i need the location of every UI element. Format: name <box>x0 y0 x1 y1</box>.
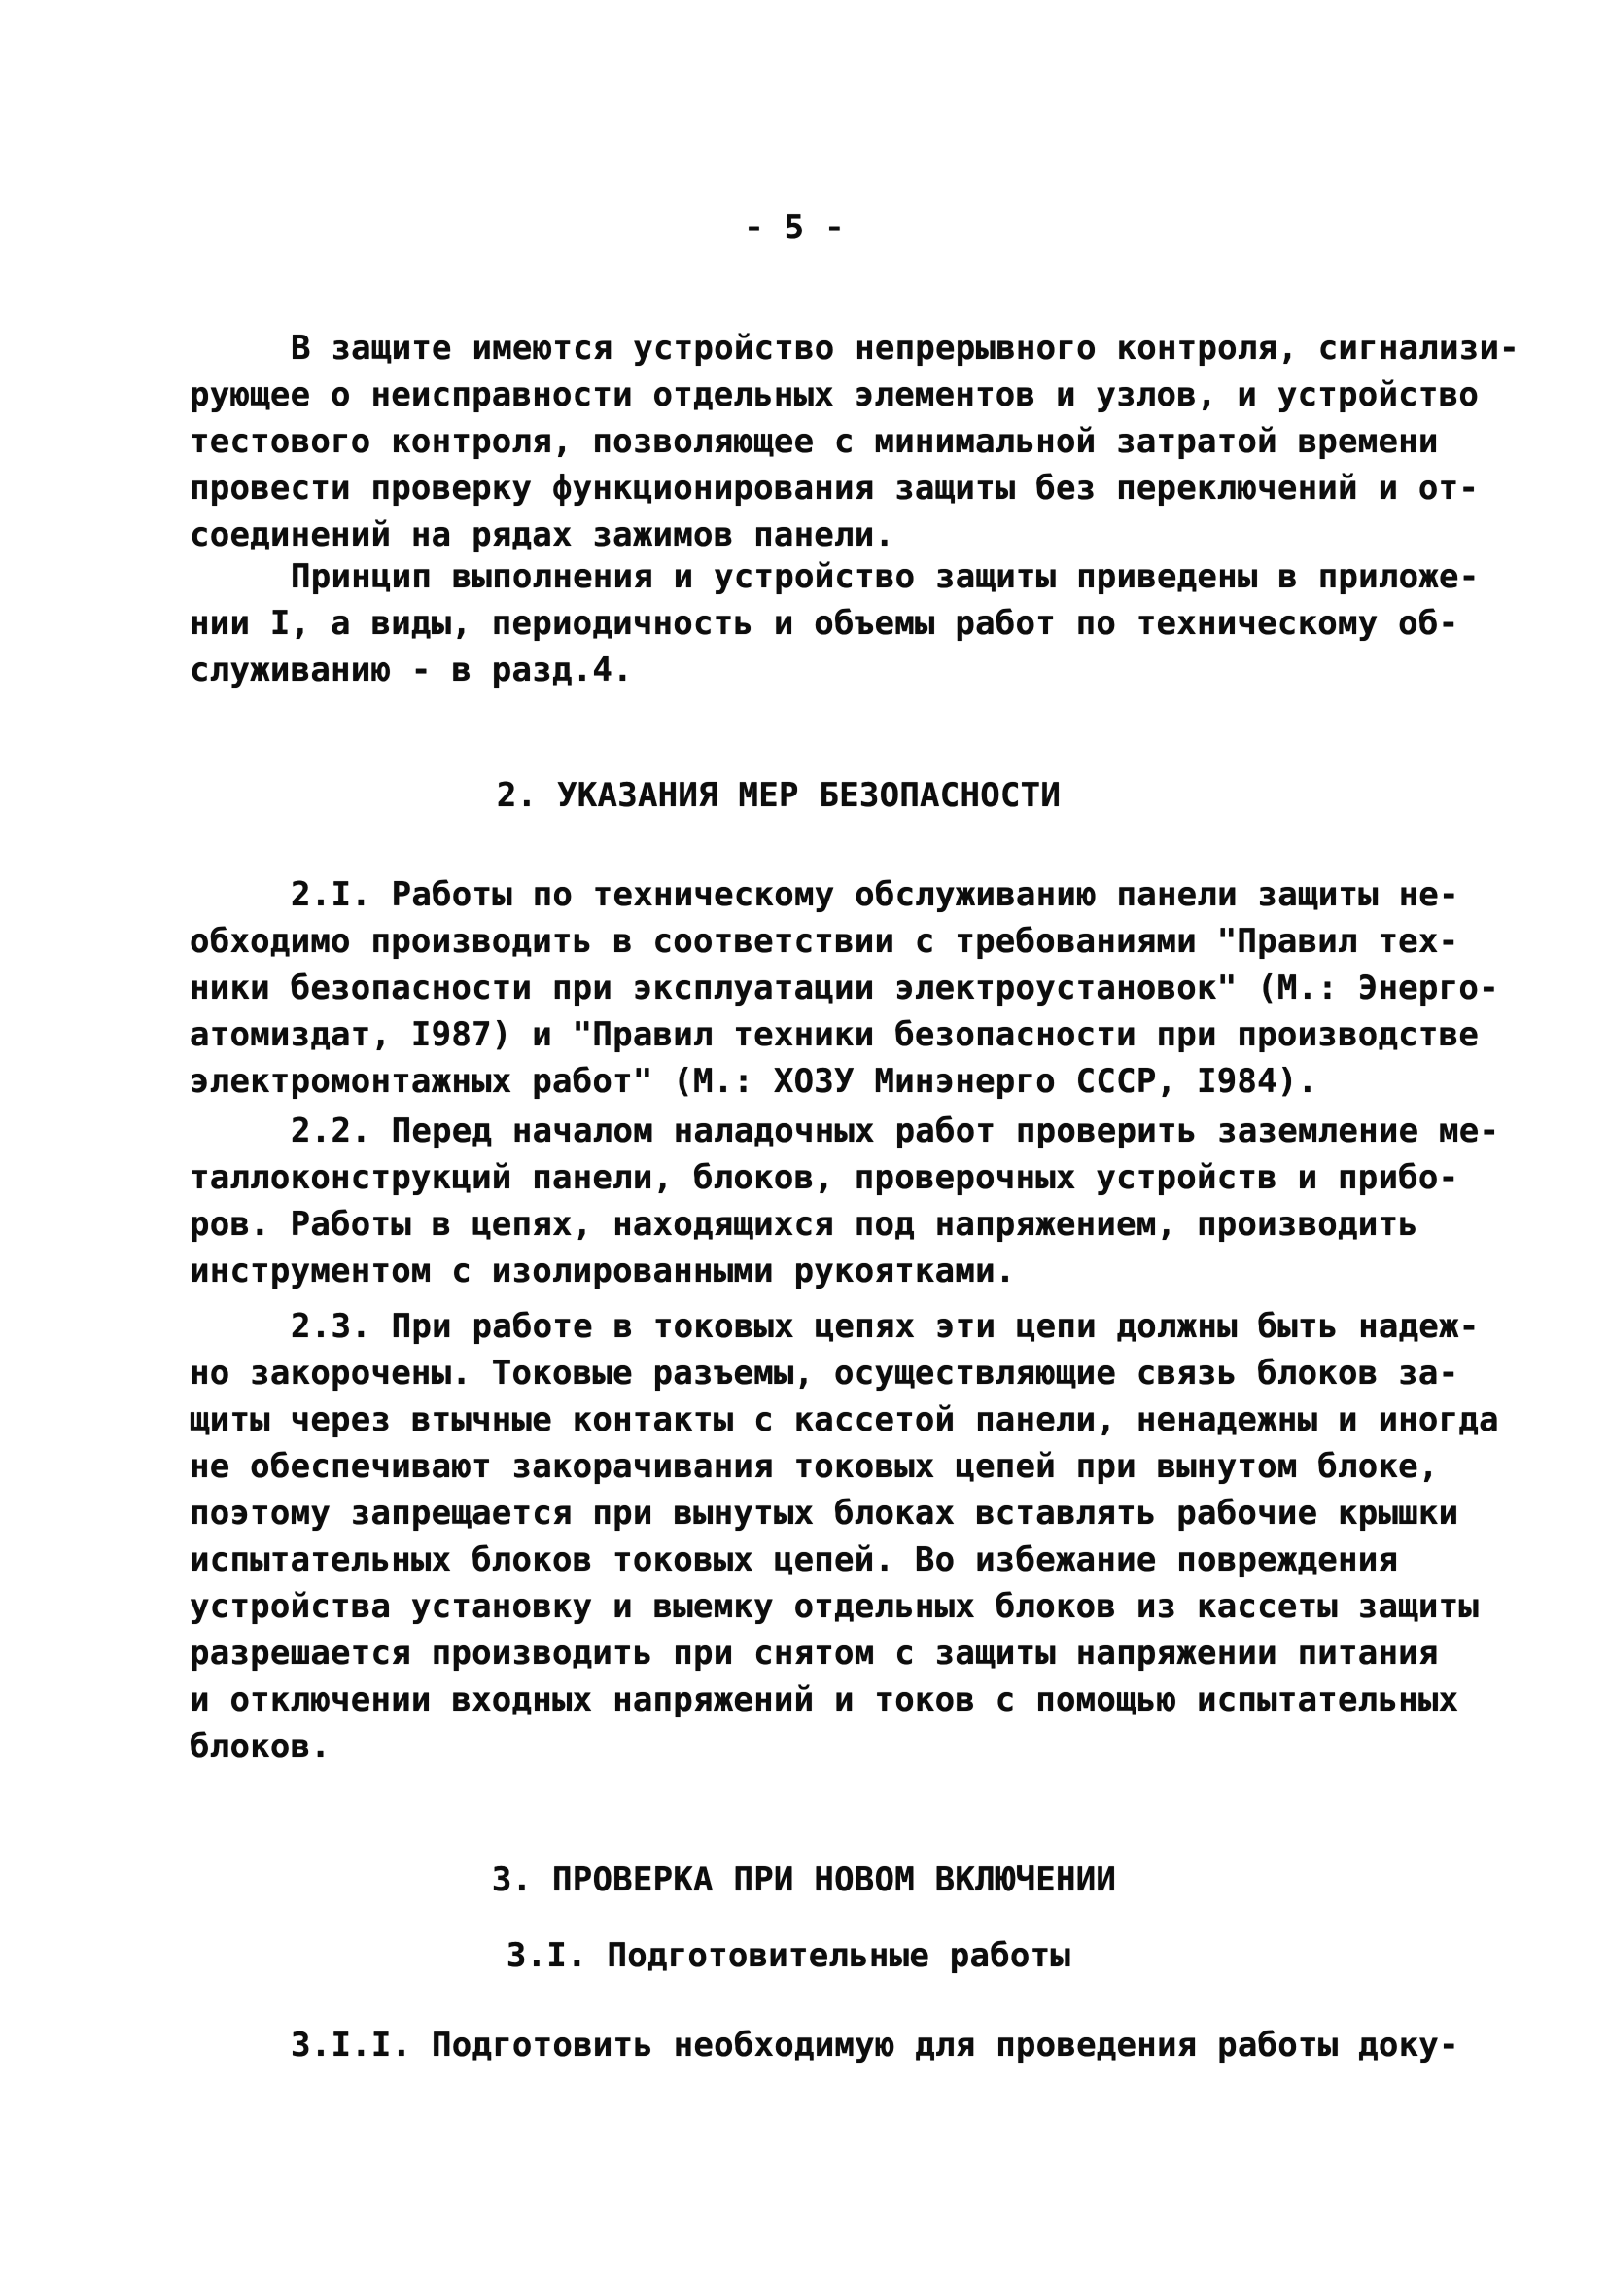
text-line: служиванию - в разд.4. <box>190 647 1517 693</box>
paragraph-2-3: 2.3. При работе в токовых цепях эти цепи… <box>190 1303 1517 1770</box>
text-line: нии I, а виды, периодичность и объемы ра… <box>190 600 1517 647</box>
text-line: атомиздат, I987) и "Правил техники безоп… <box>190 1011 1517 1058</box>
text-line: испытательных блоков токовых цепей. Во и… <box>190 1537 1517 1583</box>
text-line: не обеспечивают закорачивания токовых це… <box>190 1443 1517 1490</box>
text-line: щиты через втычные контакты с кассетой п… <box>190 1396 1517 1443</box>
text-line: ники безопасности при эксплуатации элект… <box>190 965 1517 1011</box>
text-line: провести проверку функционирования защит… <box>190 465 1517 512</box>
paragraph-2-2: 2.2. Перед началом наладочных работ пров… <box>190 1108 1517 1294</box>
text-line: тестового контроля, позволяющее с минима… <box>190 418 1517 465</box>
text-line: инструментом с изолированными рукоятками… <box>190 1248 1517 1294</box>
text-line: устройства установку и выемку отдельных … <box>190 1583 1517 1630</box>
document-page: - 5 - В защите имеются устройство непрер… <box>0 0 1608 2296</box>
paragraph-2-1: 2.I. Работы по техническому обслуживанию… <box>190 871 1517 1105</box>
text-line: 2.2. Перед началом наладочных работ пров… <box>190 1108 1517 1154</box>
text-line: В защите имеются устройство непрерывного… <box>190 325 1517 371</box>
text-line: блоков. <box>190 1723 1517 1770</box>
text-line: соединений на рядах зажимов панели. <box>190 512 1517 558</box>
page-number: - 5 - <box>0 204 1598 251</box>
text-line: 3.I.I. Подготовить необходимую для прове… <box>190 2022 1517 2068</box>
text-line: ров. Работы в цепях, находящихся под нап… <box>190 1201 1517 1248</box>
text-line: разрешается производить при снятом с защ… <box>190 1630 1517 1677</box>
text-line: рующее о неисправности отдельных элемент… <box>190 371 1517 418</box>
section-3-heading: 3. ПРОВЕРКА ПРИ НОВОМ ВКЛЮЧЕНИИ <box>0 1856 1608 1903</box>
text-line: и отключении входных напряжений и токов … <box>190 1677 1517 1723</box>
section-2-heading: 2. УКАЗАНИЯ МЕР БЕЗОПАСНОСТИ <box>0 772 1583 819</box>
text-line: таллоконструкций панели, блоков, проверо… <box>190 1154 1517 1201</box>
paragraph-3-1-1: 3.I.I. Подготовить необходимую для прове… <box>190 2022 1517 2068</box>
text-line: 2.I. Работы по техническому обслуживанию… <box>190 871 1517 918</box>
text-line: обходимо производить в соответствии с тр… <box>190 918 1517 965</box>
text-line: электромонтажных работ" (М.: ХОЗУ Минэне… <box>190 1058 1517 1105</box>
intro-paragraph-1: В защите имеются устройство непрерывного… <box>190 325 1517 558</box>
text-line: Принцип выполнения и устройство защиты п… <box>190 553 1517 600</box>
section-3-1-subheading: 3.I. Подготовительные работы <box>0 1932 1592 1979</box>
text-line: но закорочены. Токовые разъемы, осуществ… <box>190 1350 1517 1396</box>
text-line: поэтому запрещается при вынутых блоках в… <box>190 1490 1517 1537</box>
text-line: 2.3. При работе в токовых цепях эти цепи… <box>190 1303 1517 1350</box>
intro-paragraph-2: Принцип выполнения и устройство защиты п… <box>190 553 1517 693</box>
